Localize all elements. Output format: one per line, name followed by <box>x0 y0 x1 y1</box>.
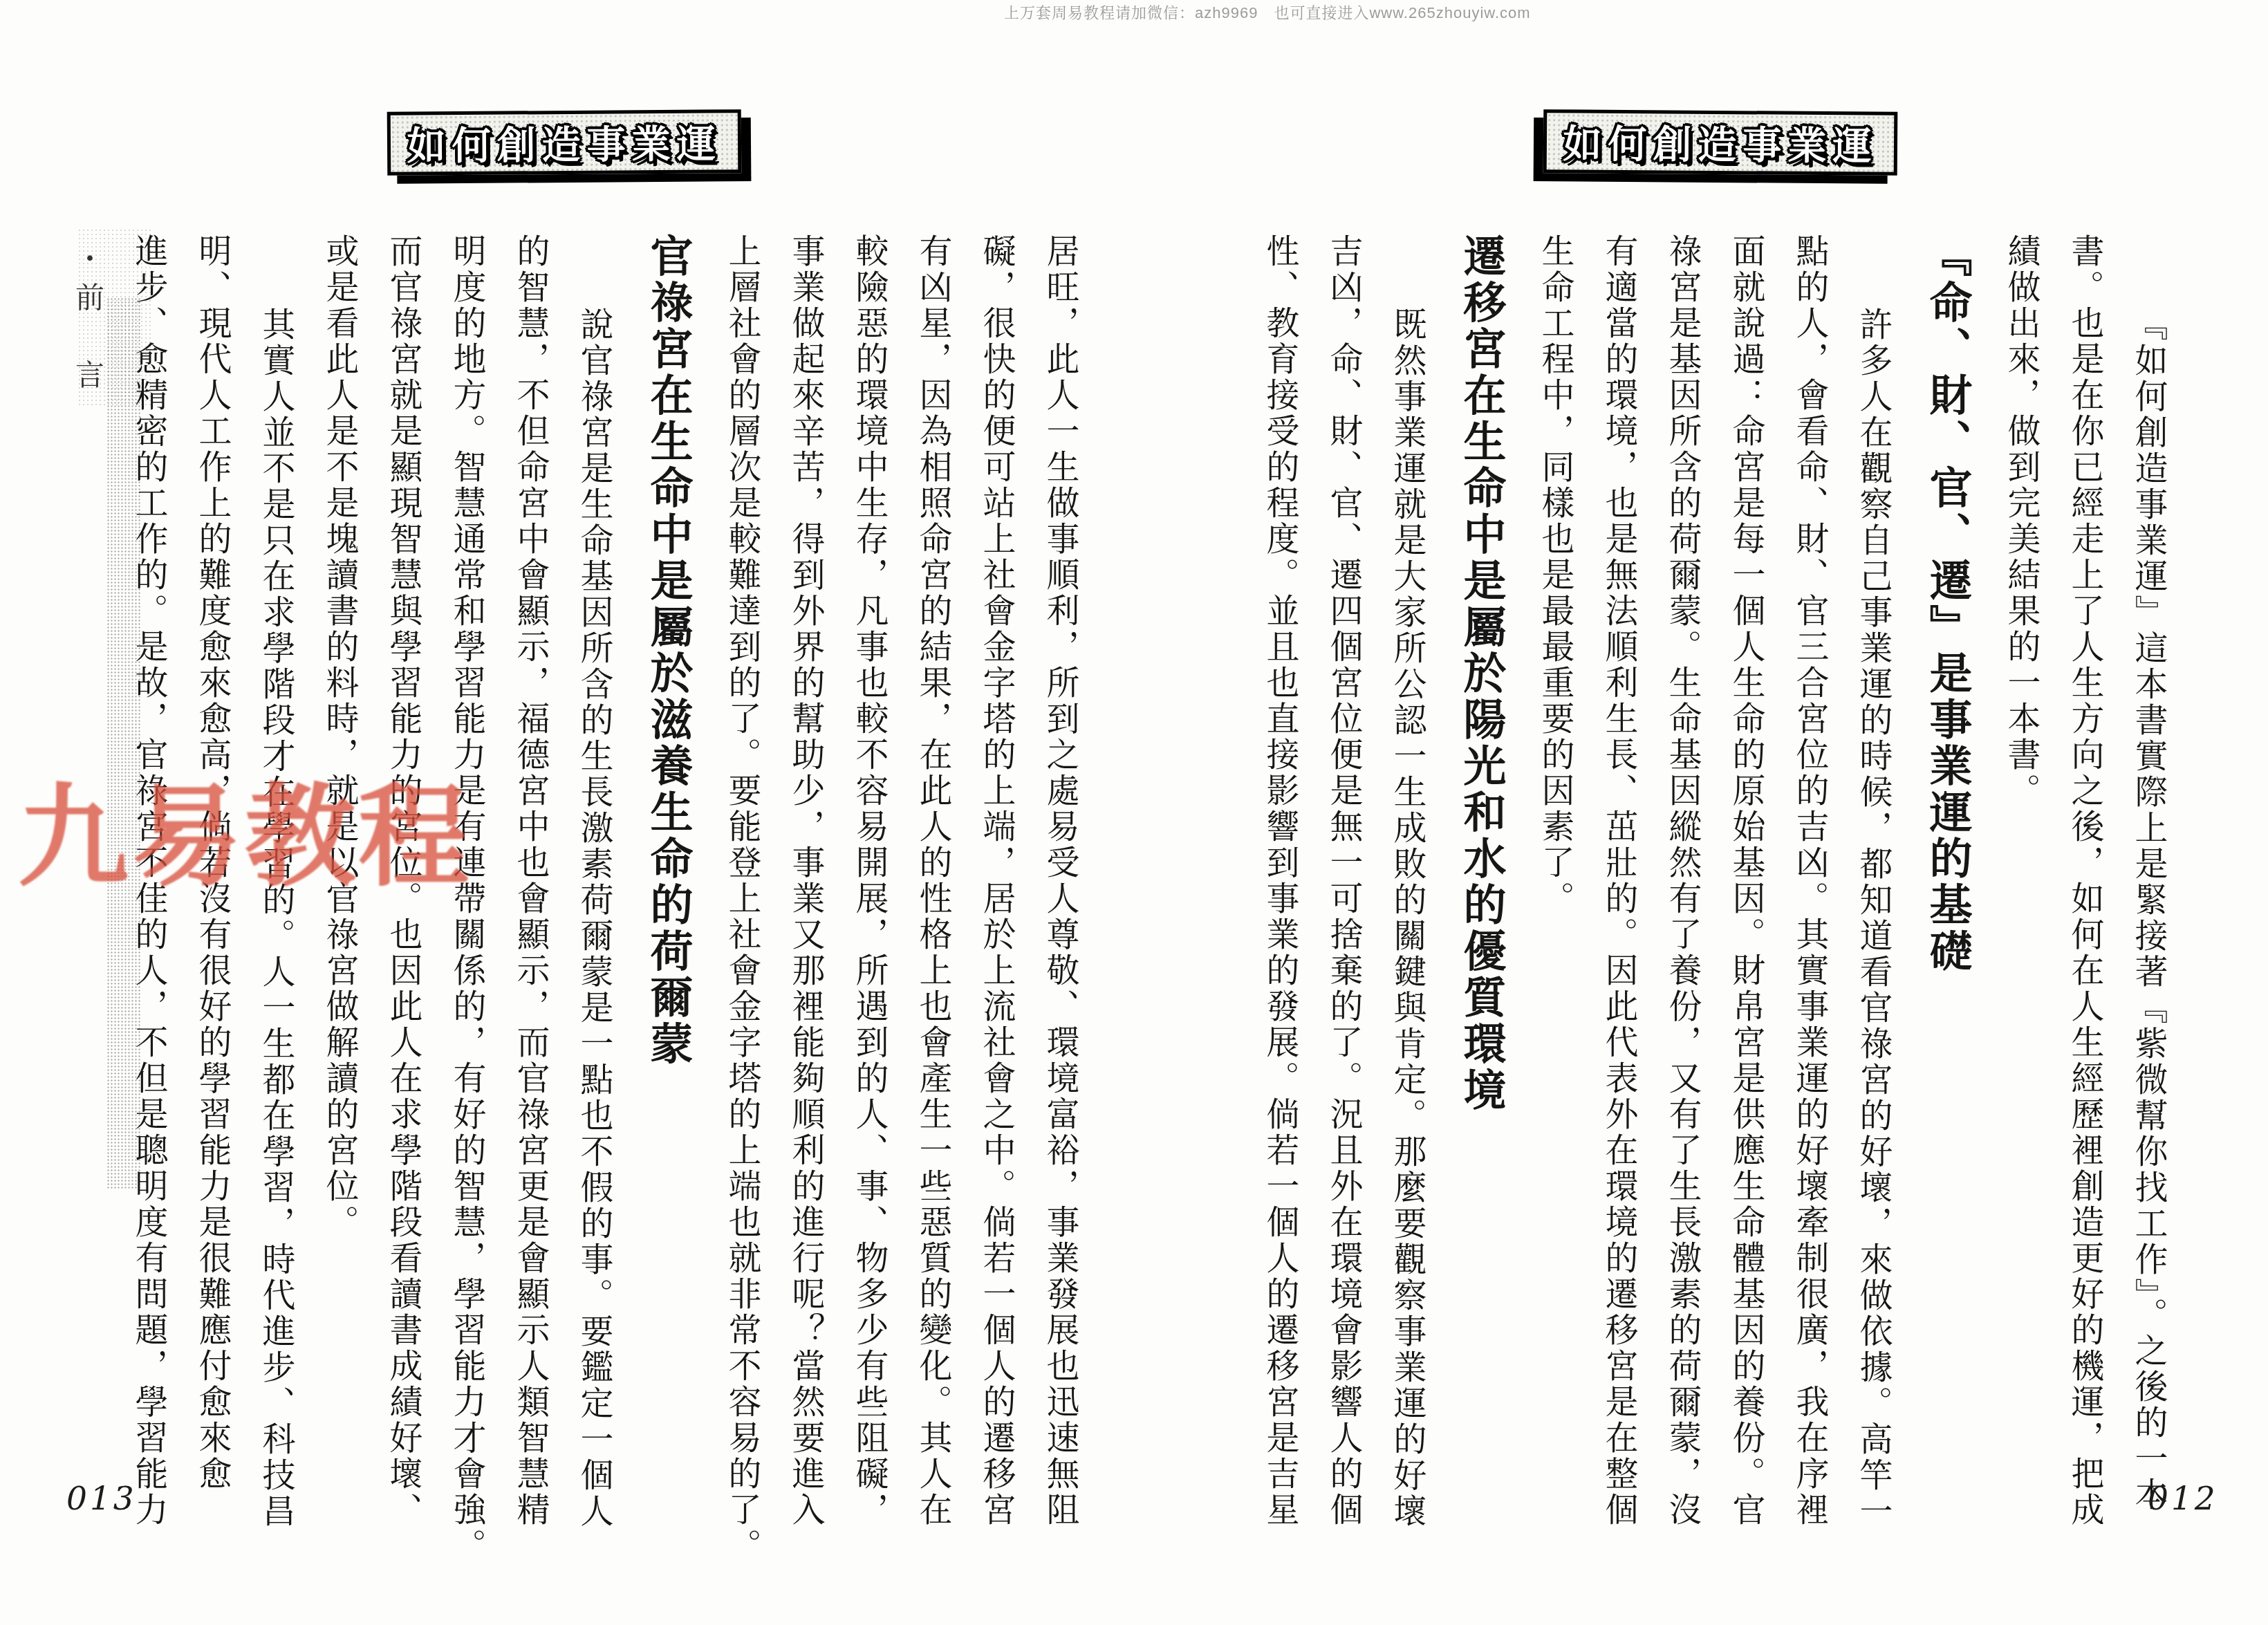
text-column: 生命工程中，同樣也是最最重要的因素了。 <box>1523 234 1586 1561</box>
text-column: 官祿宮在生命中是屬於滋養生命的荷爾蒙 <box>625 234 709 1561</box>
text-column: 點的人，會看命、財、官三合宮位的吉凶。其實事業運的好壞牽制很廣，我在序裡 <box>1777 234 1841 1561</box>
text-column: 說官祿宮是生命基因所含的生長激素荷爾蒙是一點也不假的事。要鑑定一個人 <box>561 234 625 1561</box>
chapter-banner-title: 如何創造事業運 <box>407 113 722 171</box>
text-column: 遷移宮在生命中是屬於陽光和水的優質環境 <box>1438 234 1523 1561</box>
text-column: 書。也是在你已經走上了人生方向之後，如何在人生經歷裡創造更好的機運，把成 <box>2052 234 2116 1561</box>
text-column: 居旺，此人一生做事順利，所到之處易受人尊敬、環境富裕，事業發展也迅速無阻 <box>1028 234 1091 1561</box>
right-page-text: 『如何創造事業運』這本書實際上是緊接著『紫微幫你找工作』。之後的一本書。也是在你… <box>1247 234 2179 1561</box>
margin-label-foreword: ・前 言 <box>66 243 108 398</box>
text-column: 的智慧，不但命宮中會顯示，福德宮中也會顯示，而官祿宮更是會顯示人類智慧精 <box>498 234 561 1561</box>
text-column: 許多人在觀察自己事業運的時候，都知道看官祿宮的好壞，來做依據。高竿一 <box>1841 234 1904 1561</box>
text-column: 祿宮是基因所含的荷爾蒙。生命基因縱然有了養份，又有了生長激素的荷爾蒙，沒 <box>1650 234 1713 1561</box>
chapter-banner-title: 如何創造事業運 <box>1563 113 1878 171</box>
text-column: 『如何創造事業運』這本書實際上是緊接著『紫微幫你找工作』。之後的一本 <box>2116 234 2179 1561</box>
page-number-right: 012 <box>2148 1480 2218 1518</box>
text-column: 有凶星，因為相照命宮的結果，在此人的性格上也會產生一些惡質的變化。其人在 <box>900 234 964 1561</box>
text-column: 既然事業運就是大家所公認一生成敗的關鍵與肯定。那麼要觀察事業運的好壞 <box>1375 234 1438 1561</box>
text-column: 績做出來，做到完美結果的一本書。 <box>1989 234 2052 1561</box>
text-column: 性、教育接受的程度。並且也直接影響到事業的發展。倘若一個人的遷移宮是吉星 <box>1247 234 1311 1561</box>
text-column: 有適當的環境，也是無法順利生長、茁壯的。因此代表外在環境的遷移宮是在整個 <box>1586 234 1650 1561</box>
red-watermark: 九易教程 <box>18 748 472 907</box>
text-column: 面就說過：命宮是每一個人生命的原始基因。財帛宮是供應生命體基因的養份。官 <box>1713 234 1777 1561</box>
text-column: 事業做起來辛苦，得到外界的幫助少，事業又那裡能夠順利的進行呢？當然要進入 <box>773 234 837 1561</box>
chapter-banner: 如何創造事業運 <box>387 109 742 176</box>
text-column: 上層社會的層次是較難達到的了。要能登上社會金字塔的上端也就非常不容易的了。 <box>709 234 773 1561</box>
text-column: 『命、財、官、遷』是事業運的基礎 <box>1904 234 1989 1561</box>
page-number-left: 013 <box>66 1480 137 1518</box>
right-page: 如何創造事業運 『如何創造事業運』這本書實際上是緊接著『紫微幫你找工作』。之後的… <box>1134 0 2268 1625</box>
text-column: 吉凶，命、財、官、遷四個宮位便是無一可捨棄的了。況且外在環境會影響人的個 <box>1311 234 1375 1561</box>
text-column: 較險惡的環境中生存，凡事也較不容易開展，所遇到的人、事、物多少有些阻礙， <box>837 234 900 1561</box>
text-column: 礙，很快的便可站上社會金字塔的上端，居於上流社會之中。倘若一個人的遷移宮 <box>964 234 1028 1561</box>
chapter-banner: 如何創造事業運 <box>1543 109 1898 176</box>
